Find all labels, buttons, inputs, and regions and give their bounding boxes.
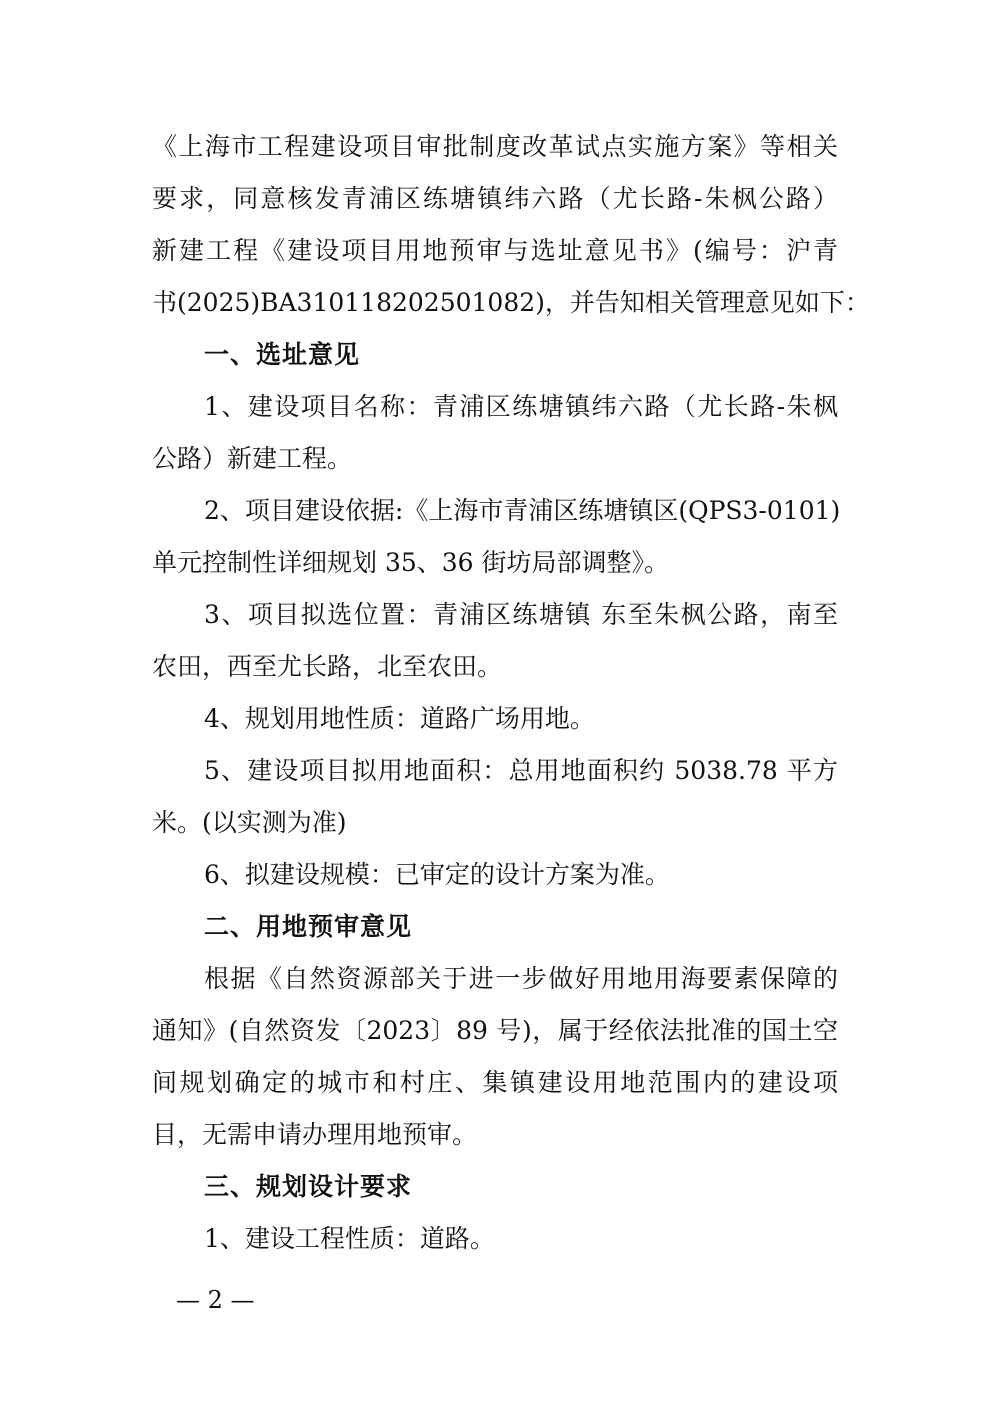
- pre-review-line-2: 通知》(自然资发〔2023〕89 号)，属于经依法批准的国土空: [152, 1011, 838, 1051]
- pre-review-line-3: 间规划确定的城市和村庄、集镇建设用地范围内的建设项: [152, 1063, 838, 1103]
- intro-line-2: 要求，同意核发青浦区练塘镇纬六路（尤长路-朱枫公路）: [152, 179, 838, 219]
- site-item-5-line-1: 5、建设项目拟用地面积：总用地面积约 5038.78 平方: [204, 751, 838, 791]
- site-item-2-line-2: 单元控制性详细规划 35、36 街坊局部调整》。: [152, 543, 838, 583]
- site-item-1-line-2: 公路）新建工程。: [152, 439, 838, 479]
- section-heading-land-pre-review: 二、用地预审意见: [204, 907, 412, 947]
- site-item-5-line-2: 米。(以实测为准): [152, 803, 838, 843]
- intro-line-1: 《上海市工程建设项目审批制度改革试点实施方案》等相关: [152, 127, 838, 167]
- site-item-3-line-2: 农田，西至尤长路，北至农田。: [152, 647, 838, 687]
- pre-review-line-1: 根据《自然资源部关于进一步做好用地用海要素保障的: [204, 959, 838, 999]
- page-number: — 2 —: [176, 1282, 255, 1318]
- intro-line-3: 新建工程《建设项目用地预审与选址意见书》(编号：沪青: [152, 231, 838, 271]
- design-item-1-line-1: 1、建设工程性质：道路。: [204, 1219, 838, 1259]
- site-item-1-line-1: 1、建设项目名称：青浦区练塘镇纬六路（尤长路-朱枫: [204, 387, 838, 427]
- intro-line-4: 书(2025)BA310118202501082)，并告知相关管理意见如下：: [152, 283, 838, 323]
- site-item-6-line-1: 6、拟建设规模：已审定的设计方案为准。: [204, 855, 838, 895]
- site-item-4-line-1: 4、规划用地性质：道路广场用地。: [204, 699, 838, 739]
- site-item-2-line-1: 2、项目建设依据:《上海市青浦区练塘镇区(QPS3-0101): [204, 491, 838, 531]
- section-heading-site-selection: 一、选址意见: [204, 335, 360, 375]
- pre-review-line-4: 目，无需申请办理用地预审。: [152, 1115, 838, 1155]
- section-heading-planning-design-requirements: 三、规划设计要求: [204, 1167, 412, 1207]
- document-page: 《上海市工程建设项目审批制度改革试点实施方案》等相关 要求，同意核发青浦区练塘镇…: [0, 0, 992, 1403]
- site-item-3-line-1: 3、项目拟选位置：青浦区练塘镇 东至朱枫公路，南至: [204, 595, 838, 635]
